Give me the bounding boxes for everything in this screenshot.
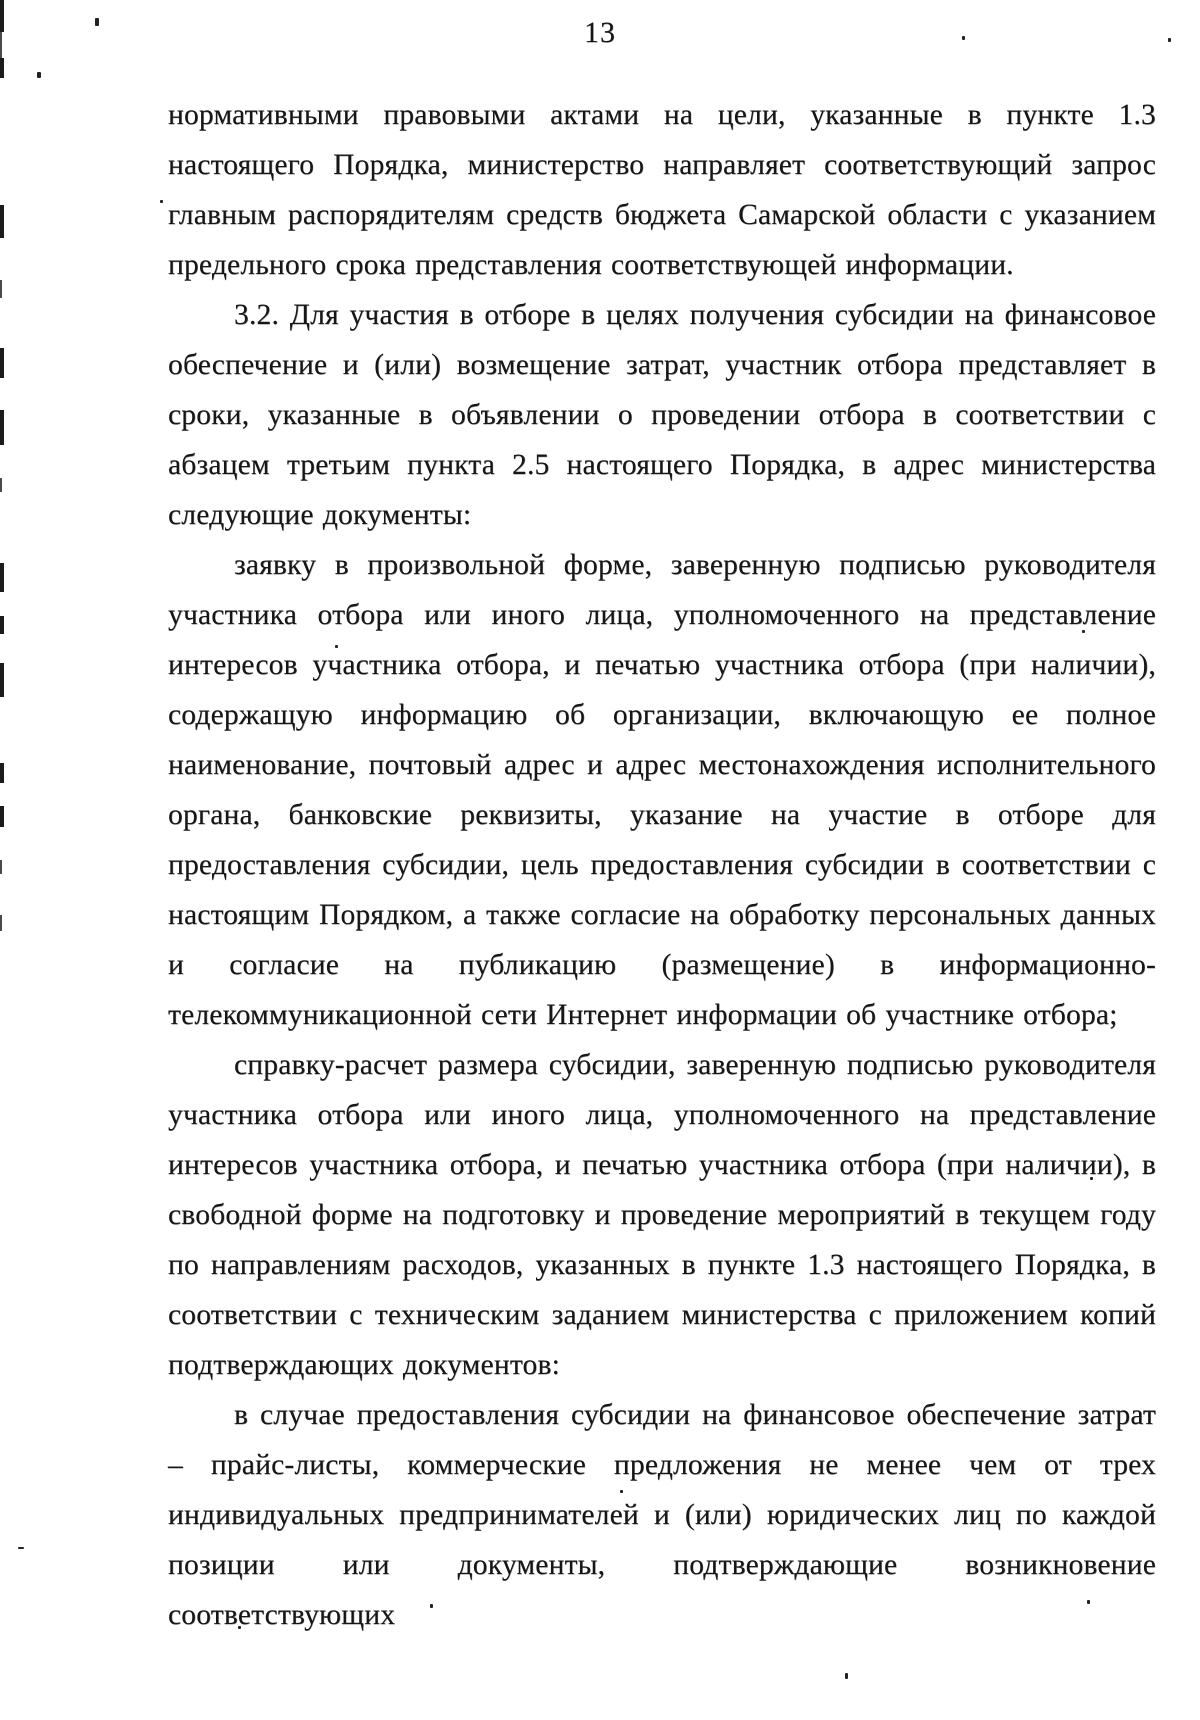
scan-edge-artifact	[0, 348, 4, 378]
scan-edge-artifact	[0, 58, 4, 78]
scan-speck	[620, 1490, 623, 1493]
scan-speck	[1168, 38, 1171, 42]
scan-edge-artifact	[0, 663, 4, 697]
scan-speck	[238, 1626, 241, 1629]
body-paragraph-price-lists: в случае предоставления субсидии на фина…	[168, 1390, 1156, 1640]
scan-edge-artifact	[0, 32, 2, 58]
scan-edge-artifact	[0, 478, 2, 492]
scan-speck	[335, 645, 338, 648]
scan-speck	[1082, 630, 1085, 633]
body-paragraph-application: заявку в произвольной форме, заверенную …	[168, 540, 1156, 1040]
scan-edge-artifact	[0, 763, 4, 783]
page-number: 13	[0, 16, 1200, 50]
scan-speck	[18, 1547, 24, 1549]
scanned-document-page: 13 нормативными правовыми актами на цели…	[0, 0, 1200, 1720]
scan-edge-artifact	[0, 563, 4, 592]
scan-edge-artifact	[0, 280, 2, 298]
body-paragraph-3-2: 3.2. Для участия в отборе в целях получе…	[168, 290, 1156, 540]
scan-speck	[37, 72, 41, 78]
scan-edge-artifact	[0, 915, 2, 931]
scan-edge-artifact	[0, 0, 4, 32]
scan-edge-artifact	[0, 616, 4, 634]
scan-edge-artifact	[0, 410, 4, 445]
body-paragraph-subsidy-calc: справку-расчет размера субсидии, заверен…	[168, 1040, 1156, 1390]
document-body: нормативными правовыми актами на цели, у…	[168, 90, 1156, 1640]
scan-speck	[1087, 1600, 1090, 1604]
scan-speck	[1090, 1177, 1093, 1180]
scan-edge-artifact	[0, 806, 4, 827]
scan-speck	[160, 200, 163, 203]
scan-speck	[430, 1604, 433, 1608]
scan-speck	[962, 36, 965, 40]
scan-edge-artifact	[0, 205, 4, 238]
scan-speck	[845, 1673, 848, 1679]
scan-edge-artifact	[0, 860, 2, 874]
scan-speck	[1075, 318, 1078, 321]
body-paragraph-continuation: нормативными правовыми актами на цели, у…	[168, 90, 1156, 290]
scan-speck	[95, 18, 99, 26]
